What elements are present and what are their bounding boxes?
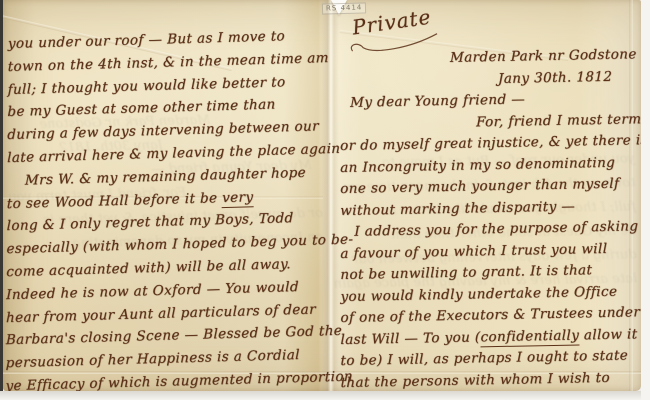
scan-edge-bottom <box>0 391 650 400</box>
underlined-word: very <box>222 189 253 208</box>
handwritten-line: Marden Park nr Godstone <box>450 44 640 69</box>
scan-edge-right <box>641 0 650 400</box>
letter-scan: Marden Park nr GodstoneJany 30th. 1812My… <box>0 0 650 400</box>
right-page-text: Marden Park nr GodstoneJany 30th. 1812My… <box>340 44 641 394</box>
archive-label: RS 4414 <box>322 2 367 14</box>
left-page-text: you under our roof — But as I move totow… <box>5 24 325 398</box>
handwritten-line: For, friend I must term you <box>476 109 640 134</box>
underlined-word: confidentially <box>481 327 580 347</box>
scan-edge-left <box>0 0 3 394</box>
handwritten-line: Jany 30th. 1812 <box>498 66 640 90</box>
